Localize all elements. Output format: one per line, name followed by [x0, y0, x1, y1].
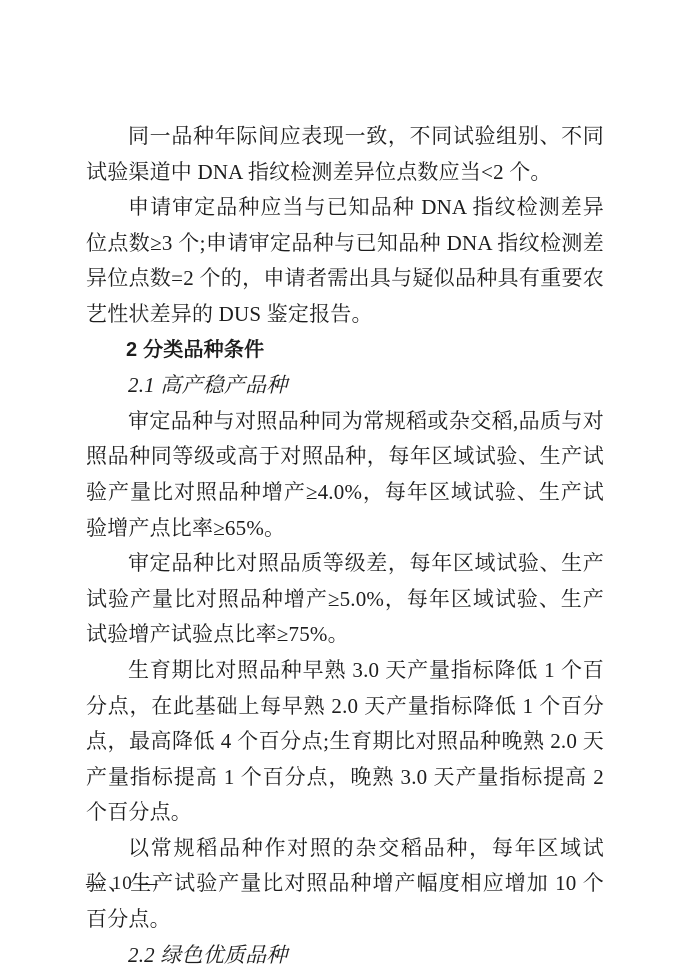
paragraph-yield-requirement-same-grade: 审定品种与对照品种同为常规稻或杂交稻,品质与对照品种同等级或高于对照品种，每年区…	[86, 404, 604, 546]
page-number: — 10 —	[86, 873, 159, 894]
document-body: 同一品种年际间应表现一致，不同试验组别、不同试验渠道中 DNA 指纹检测差异位点…	[86, 119, 604, 973]
paragraph-dna-consistency: 同一品种年际间应表现一致，不同试验组别、不同试验渠道中 DNA 指纹检测差异位点…	[86, 119, 604, 190]
subsection-heading-green-quality-varieties: 2.2 绿色优质品种	[86, 938, 604, 974]
paragraph-dna-difference-rules: 申请审定品种应当与已知品种 DNA 指纹检测差异位点数≥3 个;申请审定品种与已…	[86, 190, 604, 332]
paragraph-hybrid-vs-conventional-control: 以常规稻品种作对照的杂交稻品种，每年区域试验、生产试验产量比对照品种增产幅度相应…	[86, 831, 604, 938]
document-page: 同一品种年际间应表现一致，不同试验组别、不同试验渠道中 DNA 指纹检测差异位点…	[0, 0, 690, 975]
page-footer: — 10 —	[86, 873, 159, 895]
paragraph-growth-period-adjustments: 生育期比对照品种早熟 3.0 天产量指标降低 1 个百分点，在此基础上每早熟 2…	[86, 653, 604, 831]
subsection-heading-high-yield-varieties: 2.1 高产稳产品种	[86, 368, 604, 404]
paragraph-yield-requirement-lower-grade: 审定品种比对照品质等级差，每年区域试验、生产试验产量比对照品种增产≥5.0%，每…	[86, 546, 604, 653]
section-heading-classified-variety-conditions: 2 分类品种条件	[86, 333, 604, 369]
